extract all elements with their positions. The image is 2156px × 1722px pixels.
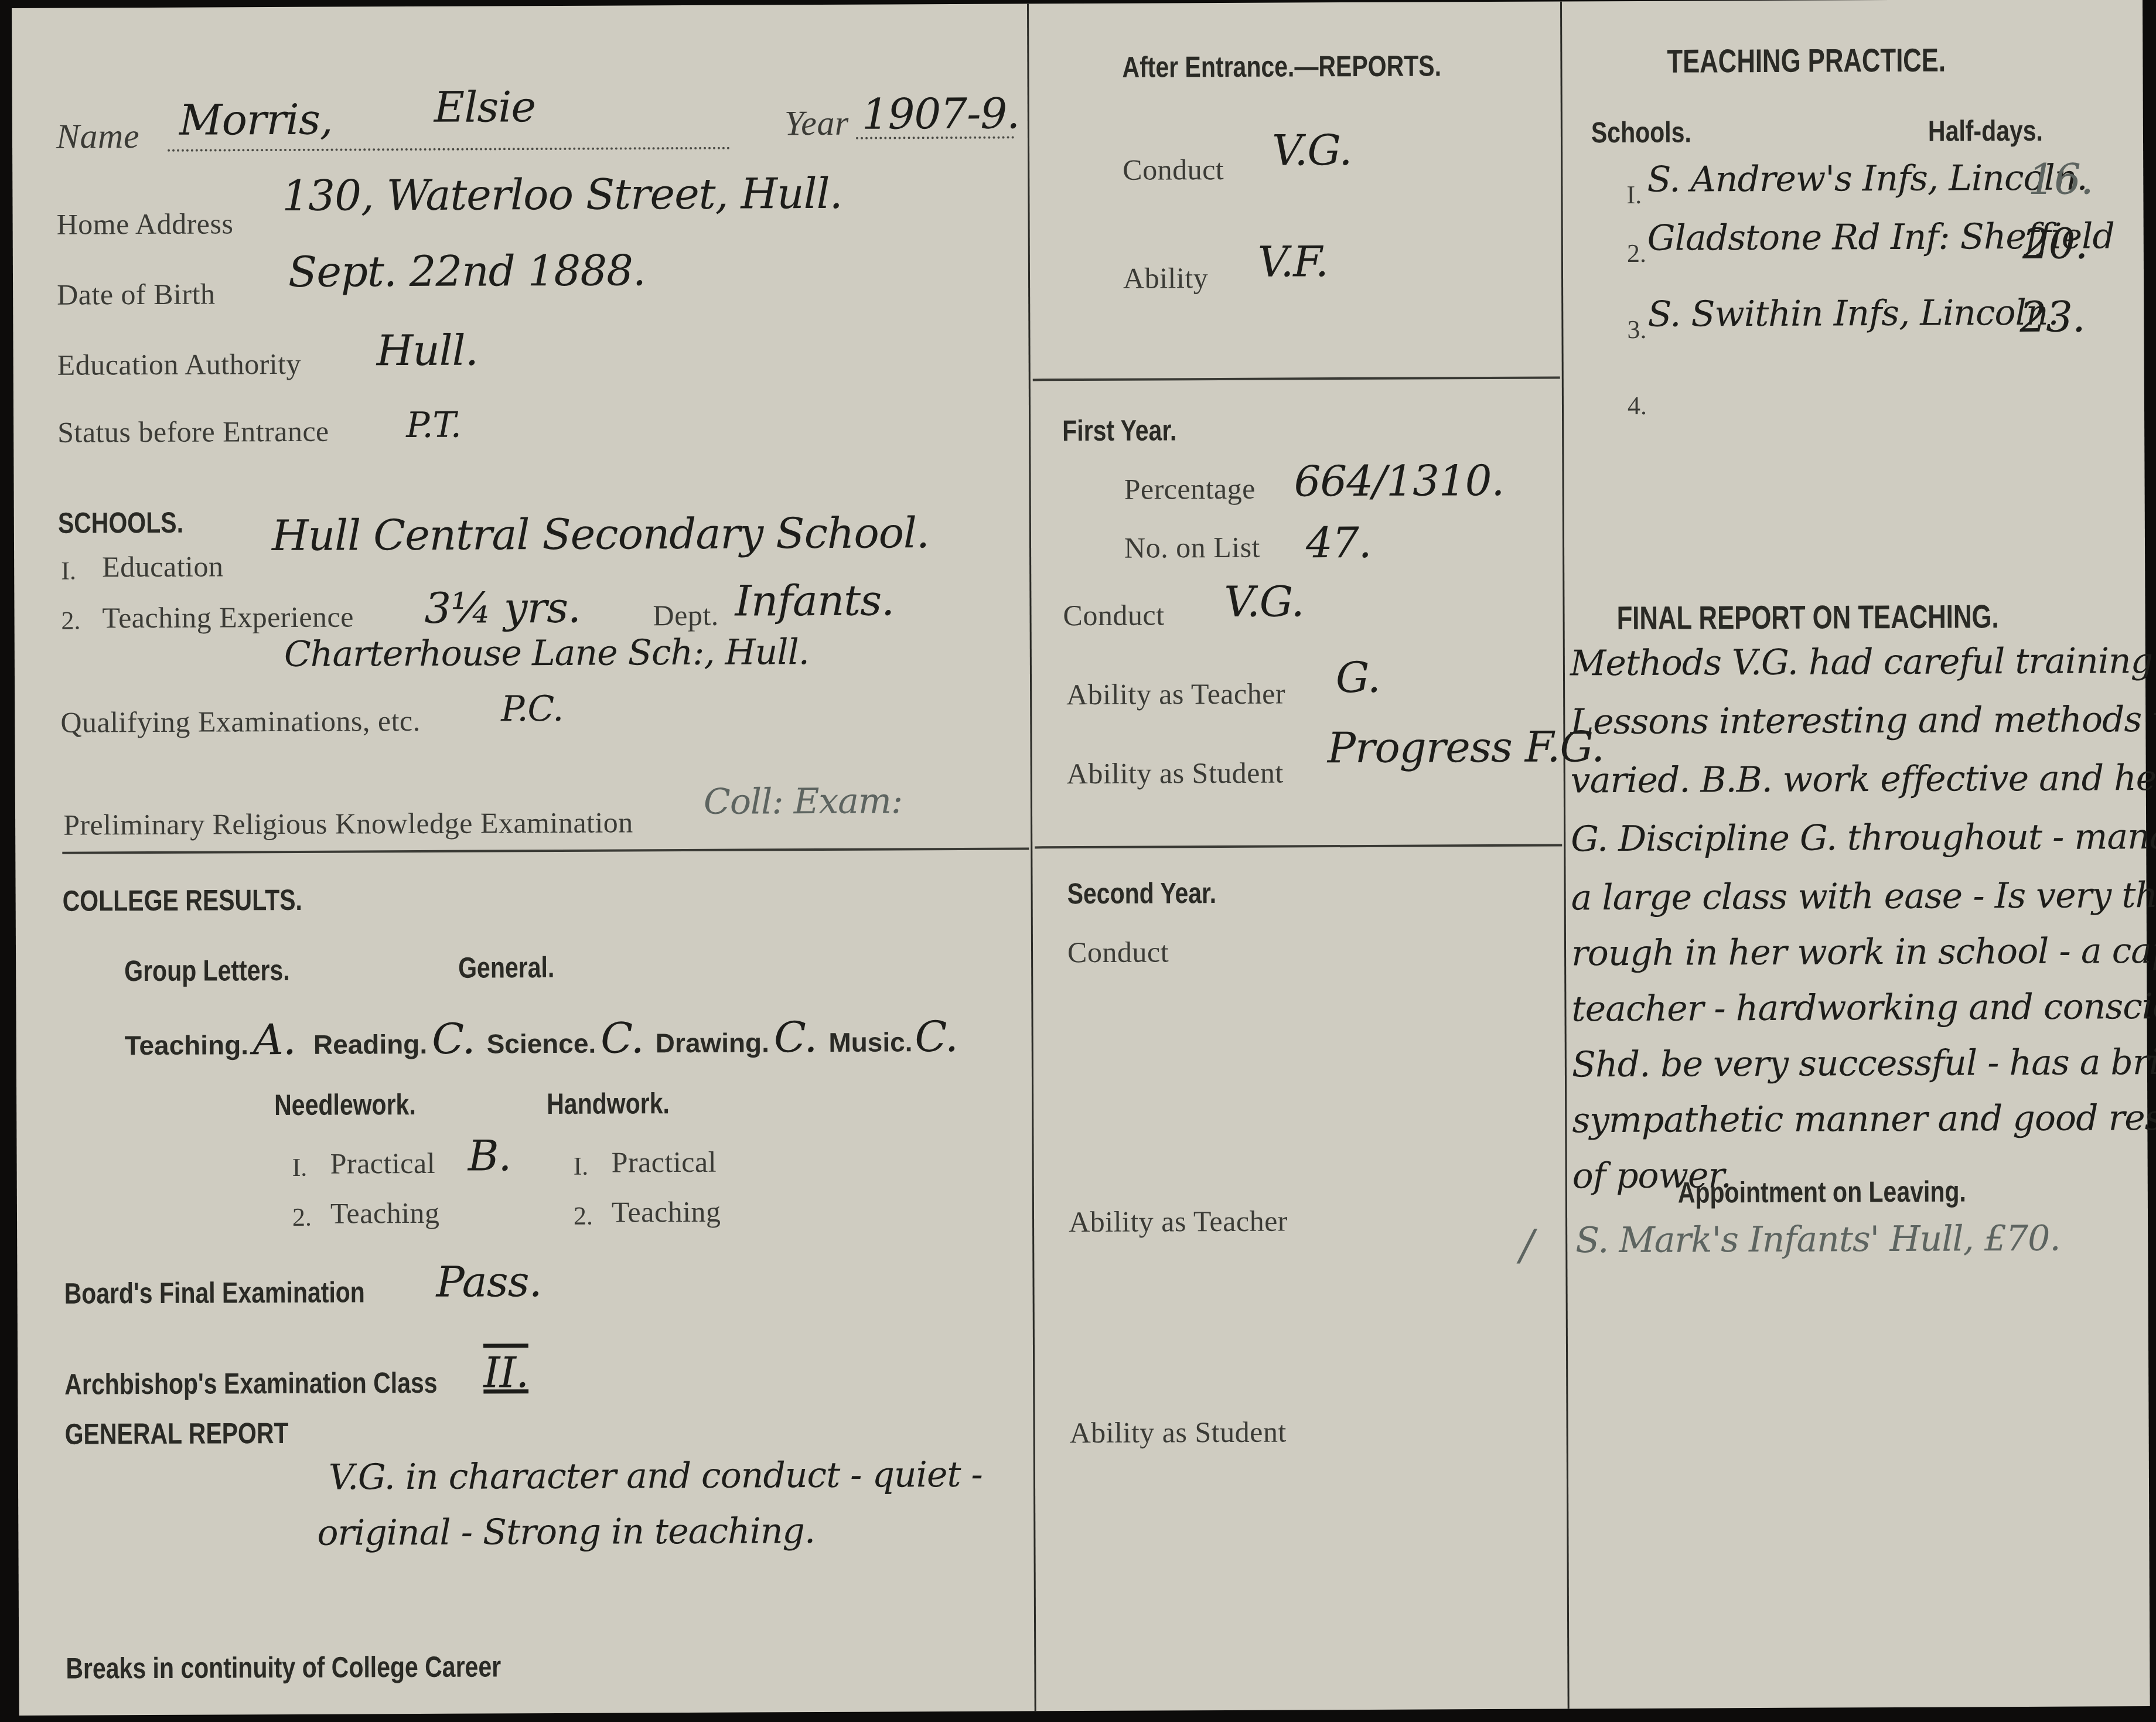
teaching-exp-years: 3¼ yrs. — [424, 583, 581, 633]
general-report-heading: GENERAL REPORT — [64, 1416, 288, 1451]
teaching-exp-label: Teaching Experience — [102, 599, 354, 635]
after-entrance-ability-value: V.F. — [1258, 237, 1328, 287]
name-surname: Morris, — [179, 95, 333, 145]
final-report-body: Methods V.G. had careful training as P.T… — [1570, 640, 2156, 1211]
prelim-label: Preliminary Religious Knowledge Examinat… — [63, 805, 633, 841]
practice-row-3-school: S. Swithin Infs, Lincoln. — [1647, 292, 2059, 335]
first-year-student-label: Ability as Student — [1067, 756, 1284, 791]
final-report-line: a large class with ease - Is very tho - — [1571, 874, 2156, 933]
first-year-conduct-value: V.G. — [1224, 577, 1304, 626]
year-label: Year — [784, 103, 849, 144]
breaks-label: Breaks in continuity of College Career — [66, 1649, 501, 1685]
home-address-value: 130, Waterloo Street, Hull. — [282, 169, 842, 220]
appointment-heading: Appointment on Leaving. — [1678, 1174, 1966, 1209]
year-value: 1907-9. — [862, 88, 1020, 138]
grade-reading-value: C. — [432, 1014, 475, 1063]
education-value: Hull Central Secondary School. — [272, 508, 929, 560]
appointment-mark: / — [1520, 1220, 1534, 1270]
dept-value: Infants. — [735, 575, 894, 625]
general-report-line-1: V.G. in character and conduct - quiet - — [329, 1454, 983, 1498]
after-entrance-conduct-label: Conduct — [1123, 152, 1224, 187]
handwork-label: Handwork. — [547, 1086, 670, 1121]
grade-drawing-value: C. — [774, 1012, 817, 1062]
practice-row-1-halfdays: 16. — [2028, 155, 2093, 204]
grade-reading-label: Reading. — [313, 1028, 427, 1061]
first-year-student-value: Progress F.G. — [1327, 722, 1604, 772]
practice-row-1-number: I. — [1626, 180, 1642, 210]
prelim-value: Coll: Exam: — [704, 780, 903, 822]
teaching-exp-school: Charterhouse Lane Sch:, Hull. — [284, 632, 809, 675]
grade-science-label: Science. — [486, 1028, 596, 1060]
final-report-line: Shd. be very successful - has a bright — [1572, 1041, 2156, 1100]
after-entrance-divider — [1033, 376, 1560, 381]
second-year-heading: Second Year. — [1067, 876, 1216, 911]
practice-schools-label: Schools. — [1591, 115, 1691, 149]
needlework-practical-number: I. — [292, 1152, 308, 1182]
general-report-line-2: original - Strong in teaching. — [317, 1510, 815, 1554]
qualifying-value: P.C. — [501, 688, 563, 729]
handwork-teaching-number: 2. — [574, 1201, 593, 1231]
second-year-conduct-label: Conduct — [1067, 935, 1169, 969]
practice-row-3-halfdays: 23. — [2019, 292, 2085, 342]
boards-final-label: Board's Final Examination — [64, 1275, 364, 1310]
grade-drawing-label: Drawing. — [656, 1027, 769, 1059]
needlework-practical-value: B. — [468, 1131, 511, 1180]
list-number-value: 47. — [1306, 518, 1372, 567]
qualifying-label: Qualifying Examinations, etc. — [60, 704, 421, 739]
home-address-label: Home Address — [56, 206, 233, 241]
practice-row-1-school: S. Andrew's Infs, Lincoln. — [1647, 158, 2087, 200]
list-number-label: No. on List — [1124, 530, 1260, 565]
grade-teaching-label: Teaching. — [125, 1029, 249, 1061]
education-authority-label: Education Authority — [57, 347, 302, 382]
first-year-teacher-label: Ability as Teacher — [1066, 677, 1285, 712]
final-report-line: sympathetic manner and good reserve — [1572, 1097, 2156, 1155]
practice-halfdays-label: Half-days. — [1928, 114, 2043, 148]
first-year-heading: First Year. — [1062, 413, 1177, 448]
grade-science-value: C. — [601, 1013, 644, 1062]
grades-row: Teaching. A. Reading. C. Science. C. Dra… — [125, 1012, 958, 1065]
archbishop-value: II. — [483, 1348, 528, 1397]
general-label: General. — [458, 950, 554, 985]
grade-teaching-value: A. — [253, 1015, 296, 1064]
name-dotted-line — [168, 147, 730, 152]
education-authority-value: Hull. — [376, 326, 477, 376]
final-report-line: rough in her work in school - a capable — [1571, 930, 2156, 988]
teaching-practice-heading: TEACHING PRACTICE. — [1667, 41, 1946, 80]
second-year-teacher-label: Ability as Teacher — [1069, 1204, 1288, 1239]
first-year-conduct-label: Conduct — [1063, 598, 1164, 632]
handwork-practical-label: Practical — [611, 1145, 717, 1179]
student-record-card: Name Morris, Elsie Year 1907-9. Home Add… — [12, 0, 2150, 1716]
college-results-heading: COLLEGE RESULTS. — [63, 883, 303, 918]
boards-final-value: Pass. — [436, 1257, 541, 1307]
group-letters-label: Group Letters. — [124, 953, 290, 988]
final-report-line: teacher - hardworking and conscientious — [1571, 986, 2156, 1044]
needlework-practical-label: Practical — [330, 1146, 435, 1181]
name-label: Name — [56, 116, 139, 157]
handwork-practical-number: I. — [574, 1151, 589, 1181]
dept-label: Dept. — [653, 598, 718, 632]
first-year-divider — [1035, 844, 1562, 848]
first-year-teacher-value: G. — [1336, 653, 1380, 702]
final-report-line: Methods V.G. had careful training as P.T… — [1570, 640, 2156, 701]
final-report-heading: FINAL REPORT ON TEACHING. — [1616, 597, 1998, 637]
appointment-value: S. Mark's Infants' Hull, £70. — [1575, 1218, 2061, 1261]
handwork-teaching-label: Teaching — [612, 1195, 721, 1229]
needlework-teaching-label: Teaching — [330, 1196, 440, 1230]
practice-row-3-number: 3. — [1627, 315, 1646, 345]
needlework-teaching-number: 2. — [292, 1202, 312, 1232]
percentage-value: 664/1310. — [1294, 456, 1504, 506]
practice-row-2-halfdays: 20. — [2022, 219, 2088, 268]
percentage-label: Percentage — [1124, 472, 1256, 506]
needlework-label: Needlework. — [274, 1087, 416, 1122]
practice-row-2-number: 2. — [1627, 238, 1646, 268]
status-value: P.T. — [406, 405, 461, 446]
second-year-student-label: Ability as Student — [1069, 1415, 1286, 1450]
final-report-line: G. Discipline G. throughout - manages — [1571, 816, 2156, 877]
column-divider-left — [1027, 4, 1036, 1711]
dob-label: Date of Birth — [57, 277, 216, 311]
grade-music-value: C. — [915, 1012, 958, 1061]
left-section-divider — [62, 847, 1029, 854]
status-label: Status before Entrance — [57, 414, 329, 449]
education-number: I. — [61, 556, 76, 586]
name-forename: Elsie — [434, 82, 536, 132]
schools-heading: SCHOOLS. — [58, 506, 183, 540]
after-entrance-heading: After Entrance.—REPORTS. — [1122, 49, 1441, 84]
teaching-exp-number: 2. — [61, 605, 80, 635]
column-divider-right — [1560, 1, 1570, 1709]
after-entrance-conduct-value: V.G. — [1272, 125, 1352, 175]
education-label: Education — [102, 549, 223, 584]
final-report-line: varied. B.B. work effective and helpful — [1571, 757, 2156, 819]
grade-music-label: Music. — [828, 1026, 912, 1058]
final-report-line: Lessons interesting and methods well — [1570, 698, 2156, 760]
after-entrance-ability-label: Ability — [1123, 261, 1208, 295]
practice-row-4-number: 4. — [1628, 391, 1647, 421]
archbishop-label: Archbishop's Examination Class — [64, 1366, 438, 1402]
dob-value: Sept. 22nd 1888. — [288, 245, 646, 296]
